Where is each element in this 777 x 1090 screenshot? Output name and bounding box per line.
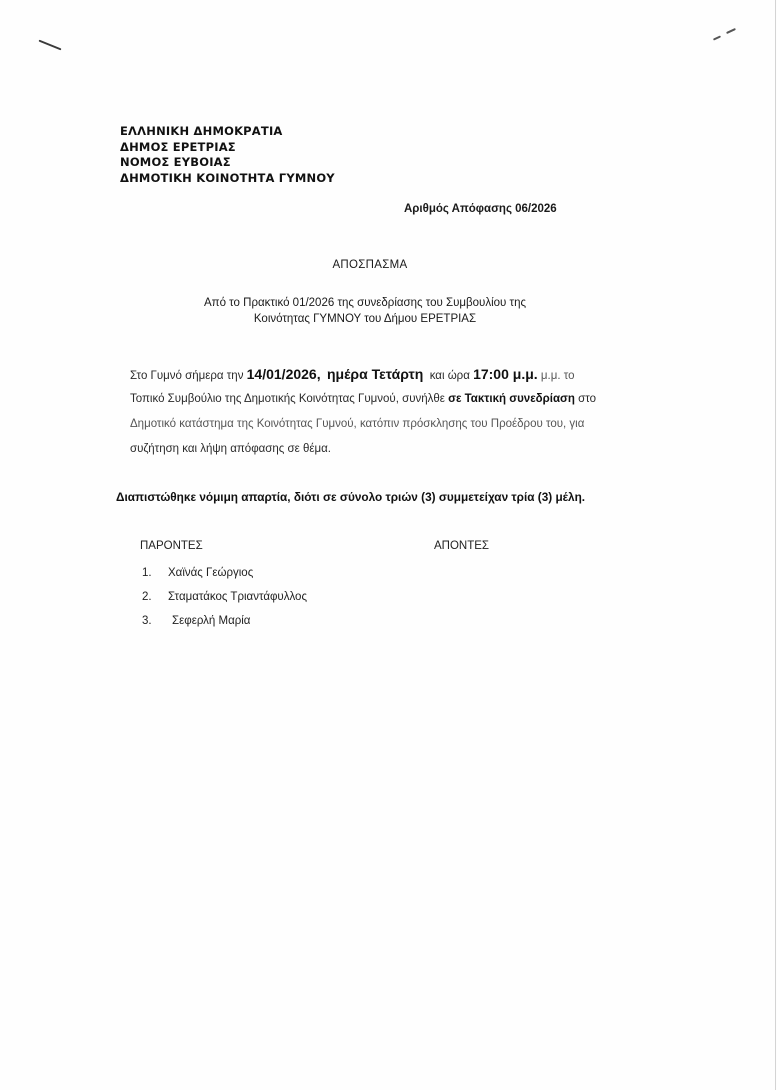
list-item: 1.Χαϊνάς Γεώργιος xyxy=(142,565,307,589)
pen-mark xyxy=(713,35,721,40)
document-subtitle: Από το Πρακτικό 01/2026 της συνεδρίασης … xyxy=(130,295,600,327)
paragraph-line-3: Δημοτικό κατάστημα της Κοινότητας Γυμνού… xyxy=(130,416,670,441)
meeting-date: 14/01/2026, xyxy=(247,366,321,382)
item-number: 2. xyxy=(142,589,168,605)
text-suffix: μ.μ. το xyxy=(538,370,575,382)
letterhead-municipality: ΔΗΜΟΣ ΕΡΕΤΡΙΑΣ xyxy=(120,140,335,156)
present-members-list: 1.Χαϊνάς Γεώργιος 2.Σταματάκος Τριαντάφυ… xyxy=(142,565,307,637)
document-title: ΑΠΟΣΠΑΣΜΑ xyxy=(0,259,740,271)
subtitle-line-2: Κοινότητας ΓΥΜΝΟΥ του Δήμου ΕΡΕΤΡΙΑΣ xyxy=(130,311,600,327)
member-name: Σεφερλή Μαρία xyxy=(168,615,250,627)
session-type: σε Τακτική συνεδρίαση xyxy=(448,393,575,405)
paragraph-line-2: Τοπικό Συμβούλιο της Δημοτικής Κοινότητα… xyxy=(130,391,670,416)
letterhead-country: ΕΛΛΗΝΙΚΗ ΔΗΜΟΚΡΑΤΙΑ xyxy=(120,124,335,140)
meeting-day: ημέρα Τετάρτη xyxy=(327,366,423,382)
letterhead: ΕΛΛΗΝΙΚΗ ΔΗΜΟΚΡΑΤΙΑ ΔΗΜΟΣ ΕΡΕΤΡΙΑΣ ΝΟΜΟΣ… xyxy=(120,124,335,186)
list-item: 3.Σεφερλή Μαρία xyxy=(142,613,307,637)
letterhead-prefecture: ΝΟΜΟΣ ΕΥΒΟΙΑΣ xyxy=(120,155,335,171)
text-mid: και ώρα xyxy=(430,370,473,382)
pen-mark xyxy=(726,28,736,34)
quorum-statement: Διαπιστώθηκε νόμιμη απαρτία, διότι σε σύ… xyxy=(116,490,585,504)
meeting-time: 17:00 μ.μ. xyxy=(473,366,538,382)
member-name: Σταματάκος Τριαντάφυλλος xyxy=(168,591,307,603)
text-suffix: στο xyxy=(575,393,596,405)
item-number: 3. xyxy=(142,613,168,629)
text-prefix: Τοπικό Συμβούλιο της Δημοτικής Κοινότητα… xyxy=(130,393,448,405)
member-name: Χαϊνάς Γεώργιος xyxy=(168,567,253,579)
meeting-paragraph: Στο Γυμνό σήμερα την 14/01/2026, ημέρα Τ… xyxy=(130,366,670,466)
present-heading: ΠΑΡΟΝΤΕΣ xyxy=(140,540,203,552)
paragraph-line-4: συζήτηση και λήψη απόφασης σε θέμα. xyxy=(130,441,670,466)
absent-heading: ΑΠΟΝΤΕΣ xyxy=(434,540,489,552)
scan-edge-line xyxy=(775,0,776,1090)
decision-number: Αριθμός Απόφασης 06/2026 xyxy=(404,203,557,215)
text-prefix: Στο Γυμνό σήμερα την xyxy=(130,370,247,382)
document-page: ΕΛΛΗΝΙΚΗ ΔΗΜΟΚΡΑΤΙΑ ΔΗΜΟΣ ΕΡΕΤΡΙΑΣ ΝΟΜΟΣ… xyxy=(0,0,777,1090)
paragraph-line-1: Στο Γυμνό σήμερα την 14/01/2026, ημέρα Τ… xyxy=(130,366,670,391)
letterhead-community: ΔΗΜΟΤΙΚΗ ΚΟΙΝΟΤΗΤΑ ΓΥΜΝΟΥ xyxy=(120,171,335,187)
pen-mark xyxy=(38,40,61,51)
item-number: 1. xyxy=(142,565,168,581)
subtitle-line-1: Από το Πρακτικό 01/2026 της συνεδρίασης … xyxy=(130,295,600,311)
list-item: 2.Σταματάκος Τριαντάφυλλος xyxy=(142,589,307,613)
